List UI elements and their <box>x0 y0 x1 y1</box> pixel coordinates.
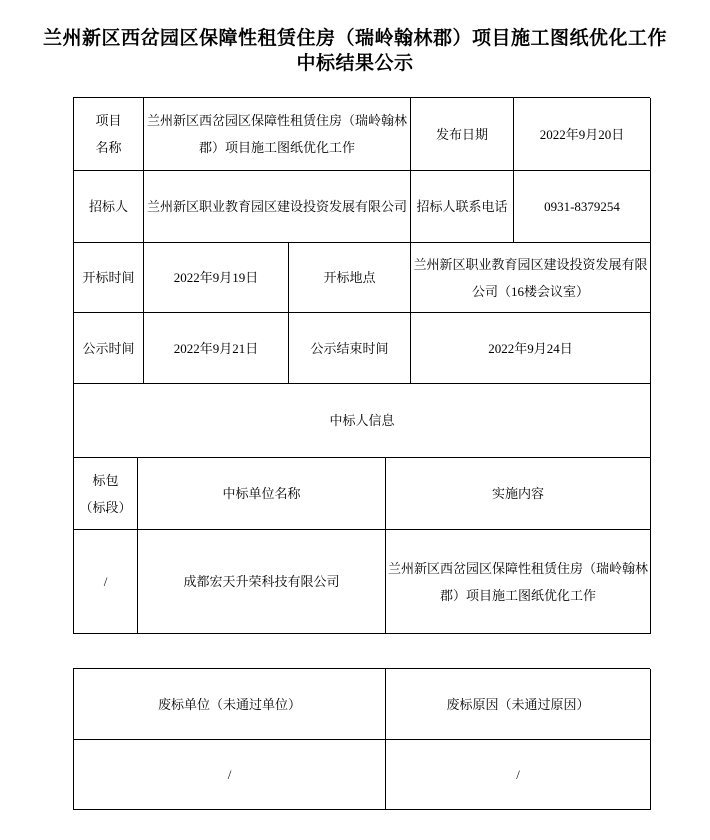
page-title: 兰州新区西岔园区保障性租赁住房（瑞岭翰林郡）项目施工图纸优化工作中标结果公示 <box>38 26 673 76</box>
publicity-time-value: 2022年9月21日 <box>144 313 289 384</box>
package-value: / <box>74 530 138 634</box>
table-row-bid-opening: 开标时间 2022年9月19日 开标地点 兰州新区职业教育园区建设投资发展有限公… <box>74 243 650 313</box>
rejected-unit-label: 废标单位（未通过单位） <box>74 669 386 740</box>
table-row-rejection-data: / / <box>74 740 650 810</box>
winner-name-value: 成都宏天升荣科技有限公司 <box>138 530 386 634</box>
tenderee-label: 招标人 <box>74 171 144 243</box>
rejected-unit-value: / <box>74 740 386 810</box>
publicity-time-label: 公示时间 <box>74 313 144 384</box>
table-row-winner-data: / 成都宏天升荣科技有限公司 兰州新区西岔园区保障性租赁住房（瑞岭翰林郡）项目施… <box>74 530 650 634</box>
bid-opening-place-label: 开标地点 <box>289 243 411 313</box>
implementation-label: 实施内容 <box>386 458 651 530</box>
announcement-page: 兰州新区西岔园区保障性租赁住房（瑞岭翰林郡）项目施工图纸优化工作中标结果公示 项… <box>0 0 710 840</box>
table-row-publicity: 公示时间 2022年9月21日 公示结束时间 2022年9月24日 <box>74 313 650 384</box>
tenderee-phone-value: 0931-8379254 <box>514 171 651 243</box>
tenderee-phone-label: 招标人联系电话 <box>411 171 514 243</box>
table-row-project-name: 项目 名称 兰州新区西岔园区保障性租赁住房（瑞岭翰林郡）项目施工图纸优化工作 发… <box>74 98 650 171</box>
rejection-reason-value: / <box>386 740 651 810</box>
table-row-tenderee: 招标人 兰州新区职业教育园区建设投资发展有限公司 招标人联系电话 0931-83… <box>74 171 650 243</box>
bid-opening-time-label: 开标时间 <box>74 243 144 313</box>
publish-date-value: 2022年9月20日 <box>514 98 651 171</box>
tenderee-value: 兰州新区职业教育园区建设投资发展有限公司 <box>144 171 411 243</box>
publicity-end-time-value: 2022年9月24日 <box>411 313 651 384</box>
project-name-label: 项目 名称 <box>74 98 144 171</box>
table-row-rejection-header: 废标单位（未通过单位） 废标原因（未通过原因） <box>74 669 650 740</box>
publicity-end-time-label: 公示结束时间 <box>289 313 411 384</box>
bid-opening-place-value: 兰州新区职业教育园区建设投资发展有限公司（16楼会议室） <box>411 243 651 313</box>
winner-section-title: 中标人信息 <box>74 384 651 458</box>
publish-date-label: 发布日期 <box>411 98 514 171</box>
rejection-reason-label: 废标原因（未通过原因） <box>386 669 651 740</box>
winner-name-label: 中标单位名称 <box>138 458 386 530</box>
table-spacer <box>0 634 710 668</box>
table-row-winner-header: 标包 （标段） 中标单位名称 实施内容 <box>74 458 650 530</box>
table-row-winner-section: 中标人信息 <box>74 384 650 458</box>
project-name-value: 兰州新区西岔园区保障性租赁住房（瑞岭翰林郡）项目施工图纸优化工作 <box>144 98 411 171</box>
bid-opening-time-value: 2022年9月19日 <box>144 243 289 313</box>
bid-info-table: 项目 名称 兰州新区西岔园区保障性租赁住房（瑞岭翰林郡）项目施工图纸优化工作 发… <box>73 97 650 634</box>
rejection-table: 废标单位（未通过单位） 废标原因（未通过原因） / / <box>73 668 650 810</box>
implementation-value: 兰州新区西岔园区保障性租赁住房（瑞岭翰林郡）项目施工图纸优化工作 <box>386 530 651 634</box>
package-label: 标包 （标段） <box>74 458 138 530</box>
